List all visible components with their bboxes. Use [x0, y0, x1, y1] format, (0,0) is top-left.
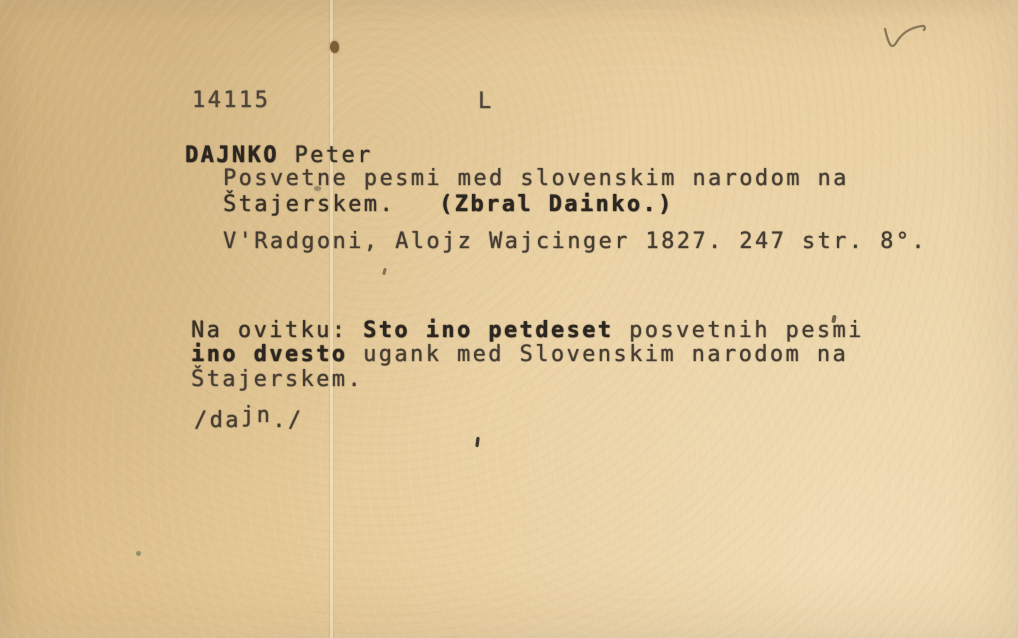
- cataloguer-signature: /dajn./: [194, 408, 304, 433]
- ink-speck: [382, 268, 387, 276]
- imprint-line: V'Radgoni, Alojz Wajcinger 1827. 247 str…: [223, 229, 927, 254]
- title-line-2: Štajerskem.(Zbral Dainko.): [223, 192, 674, 217]
- signature-raised: jn: [241, 403, 272, 428]
- note-label: Na ovitku:: [191, 318, 347, 343]
- catalog-card: 14115 L DAJNKO Peter Posvetne pesmi med …: [0, 0, 1018, 638]
- author-surname: DAJNKO: [185, 143, 279, 168]
- note-line-1: Na ovitku: Sto ino petdeset posvetnih pe…: [191, 318, 864, 343]
- signature-post: ./: [272, 408, 303, 433]
- ink-speck: [475, 437, 479, 447]
- section-letter: L: [478, 89, 494, 114]
- call-number: 14115: [192, 88, 270, 113]
- note-line-2: ino dvesto ugank med Slovenskim narodom …: [191, 342, 848, 367]
- title-place-word: Štajerskem.: [223, 192, 395, 217]
- signature-pre: /da: [194, 408, 241, 433]
- note-line-3: Štajerskem.: [191, 367, 363, 392]
- pencil-check-icon: [878, 20, 930, 66]
- title-statement-of-responsibility: (Zbral Dainko.): [439, 192, 674, 217]
- note-line1-bold: Sto ino petdeset: [363, 318, 613, 343]
- note-line2-rest: ugank med Slovenskim narodom na: [363, 342, 848, 367]
- title-line-1: Posvetne pesmi med slovenskim narodom na: [223, 166, 849, 191]
- author-heading: DAJNKO Peter: [185, 143, 373, 168]
- note-line1-rest: posvetnih pesmi: [629, 318, 864, 343]
- note-line2-bold: ino dvesto: [191, 342, 347, 367]
- author-forename: Peter: [295, 143, 373, 168]
- paper-fleck: [136, 551, 141, 556]
